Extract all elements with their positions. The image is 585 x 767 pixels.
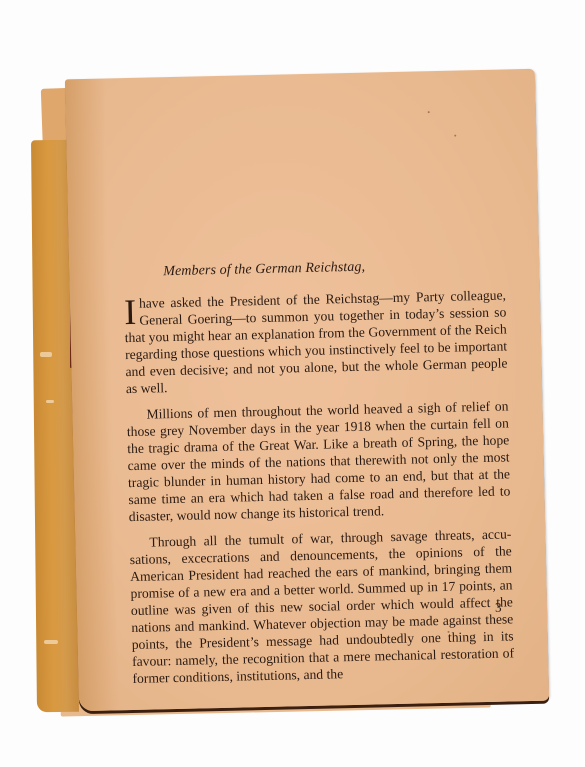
spine-flake [40,352,52,357]
paragraph-2: Millions of men throughout the world hea… [126,397,511,525]
book-page: Members of the German Reichstag, Ihave a… [65,69,549,712]
spine-flake [44,640,58,644]
paragraph-3: Through all the tumult of war, through s… [129,525,514,687]
scan-scene: Members of the German Reichstag, Ihave a… [0,0,585,767]
page-number: 3 [495,600,502,616]
drop-cap: I [124,297,137,327]
paper-speck [454,135,456,137]
paragraph-1-text: have asked the President of the Reichsta… [125,287,508,396]
salutation: Members of the German Reichstag, [163,255,505,280]
spine-flake [46,400,54,403]
paper-speck [428,111,430,113]
page-text: Members of the German Reichstag, Ihave a… [123,255,515,696]
paragraph-1: Ihave asked the President of the Reichst… [124,286,508,397]
